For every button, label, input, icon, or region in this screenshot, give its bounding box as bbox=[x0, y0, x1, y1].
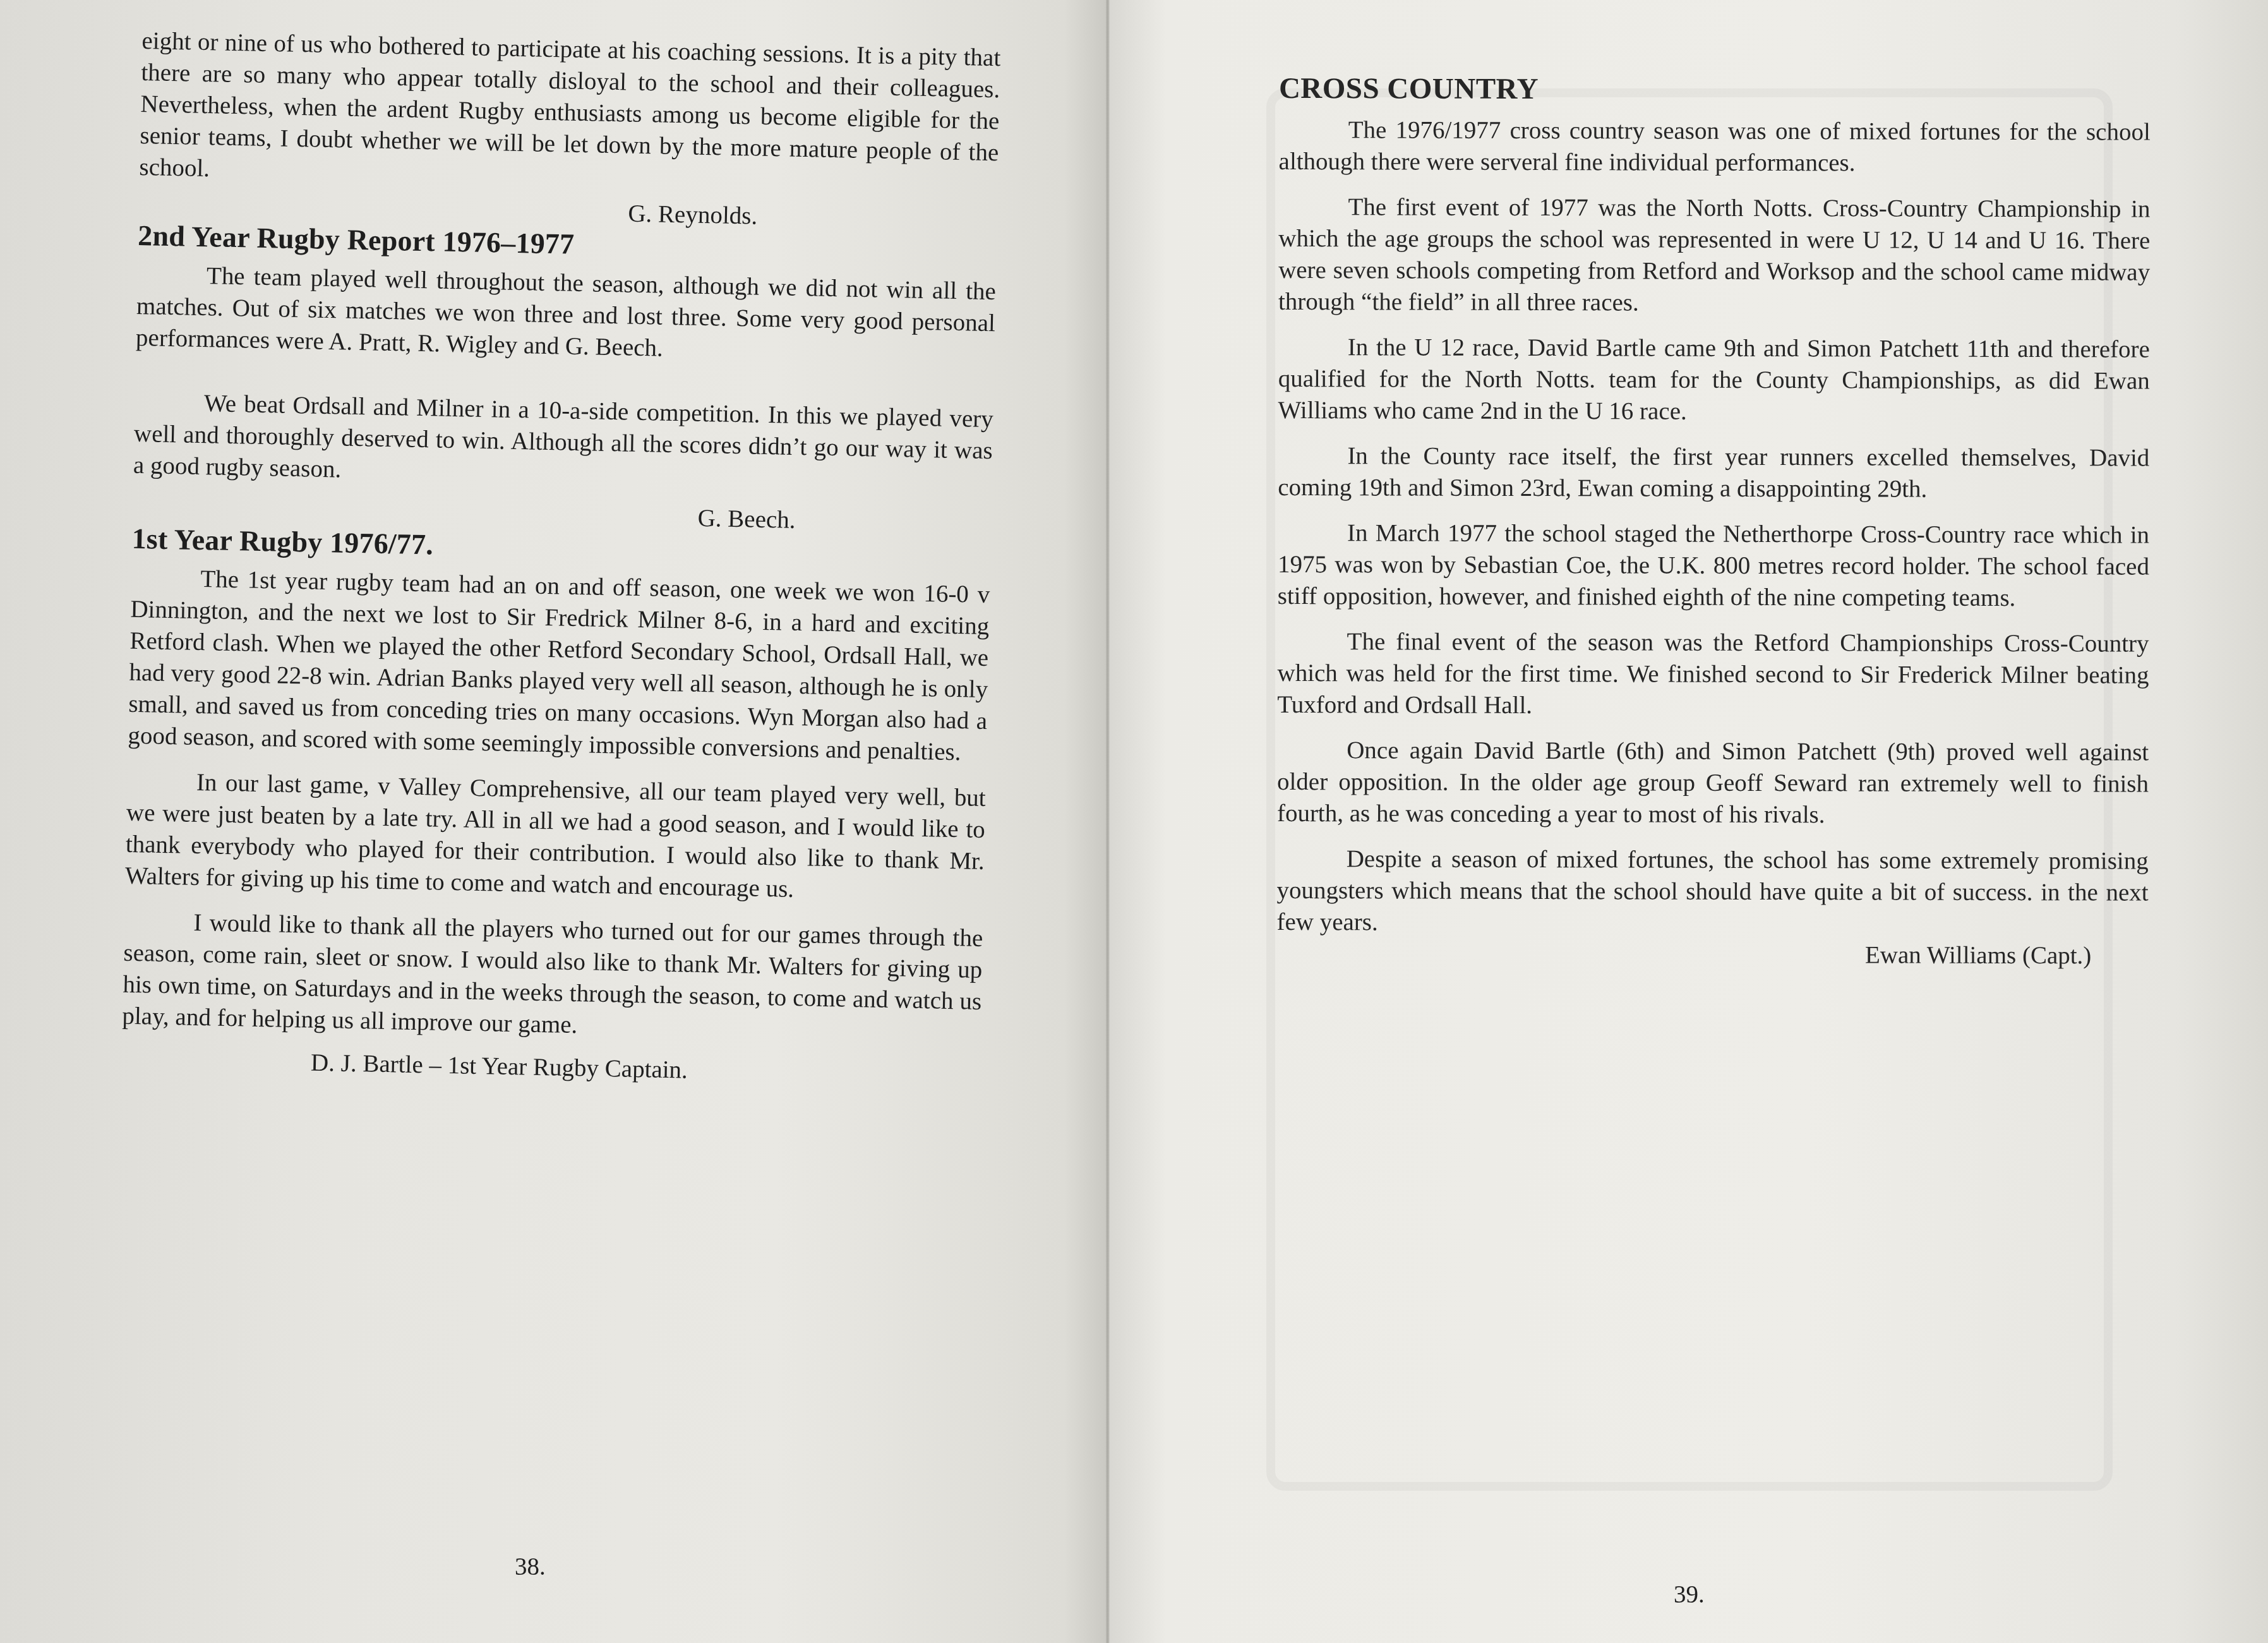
page-gutter bbox=[1106, 0, 1110, 1643]
continued-paragraph: eight or nine of us who bothered to part… bbox=[139, 25, 1001, 200]
paragraph: I would like to thank all the players wh… bbox=[122, 906, 983, 1049]
paragraph: In our last game, v Valley Comprehensive… bbox=[124, 766, 986, 909]
paragraph: Despite a season of mixed fortunes, the … bbox=[1276, 843, 2148, 941]
paragraph: In the U 12 race, David Bartle came 9th … bbox=[1278, 332, 2150, 429]
paragraph: The final event of the season was the Re… bbox=[1277, 626, 2149, 723]
signature-ewan-williams: Ewan Williams (Capt.) bbox=[1276, 938, 2148, 972]
paragraph: In March 1977 the school staged the Neth… bbox=[1278, 517, 2149, 615]
paragraph: The 1st year rugby team had an on and of… bbox=[128, 562, 990, 769]
left-page-text-column: eight or nine of us who bothered to part… bbox=[121, 25, 1001, 1092]
page-number-left: 38. bbox=[515, 1553, 546, 1581]
paragraph: The team played well throughout the seas… bbox=[136, 259, 997, 371]
right-page-text-column: CROSS COUNTRY The 1976/1977 cross countr… bbox=[1276, 73, 2151, 972]
paragraph: The first event of 1977 was the North No… bbox=[1278, 191, 2151, 320]
paragraph: Once again David Bartle (6th) and Simon … bbox=[1277, 735, 2149, 832]
paragraph: We beat Ordsall and Milner in a 10-a-sid… bbox=[133, 387, 994, 498]
book-spread: eight or nine of us who bothered to part… bbox=[0, 0, 2268, 1643]
page-number-right: 39. bbox=[1674, 1580, 1705, 1609]
paragraph: The 1976/1977 cross country season was o… bbox=[1279, 114, 2151, 180]
heading-cross-country: CROSS COUNTRY bbox=[1279, 73, 2151, 107]
paragraph: In the County race itself, the first yea… bbox=[1278, 440, 2149, 506]
